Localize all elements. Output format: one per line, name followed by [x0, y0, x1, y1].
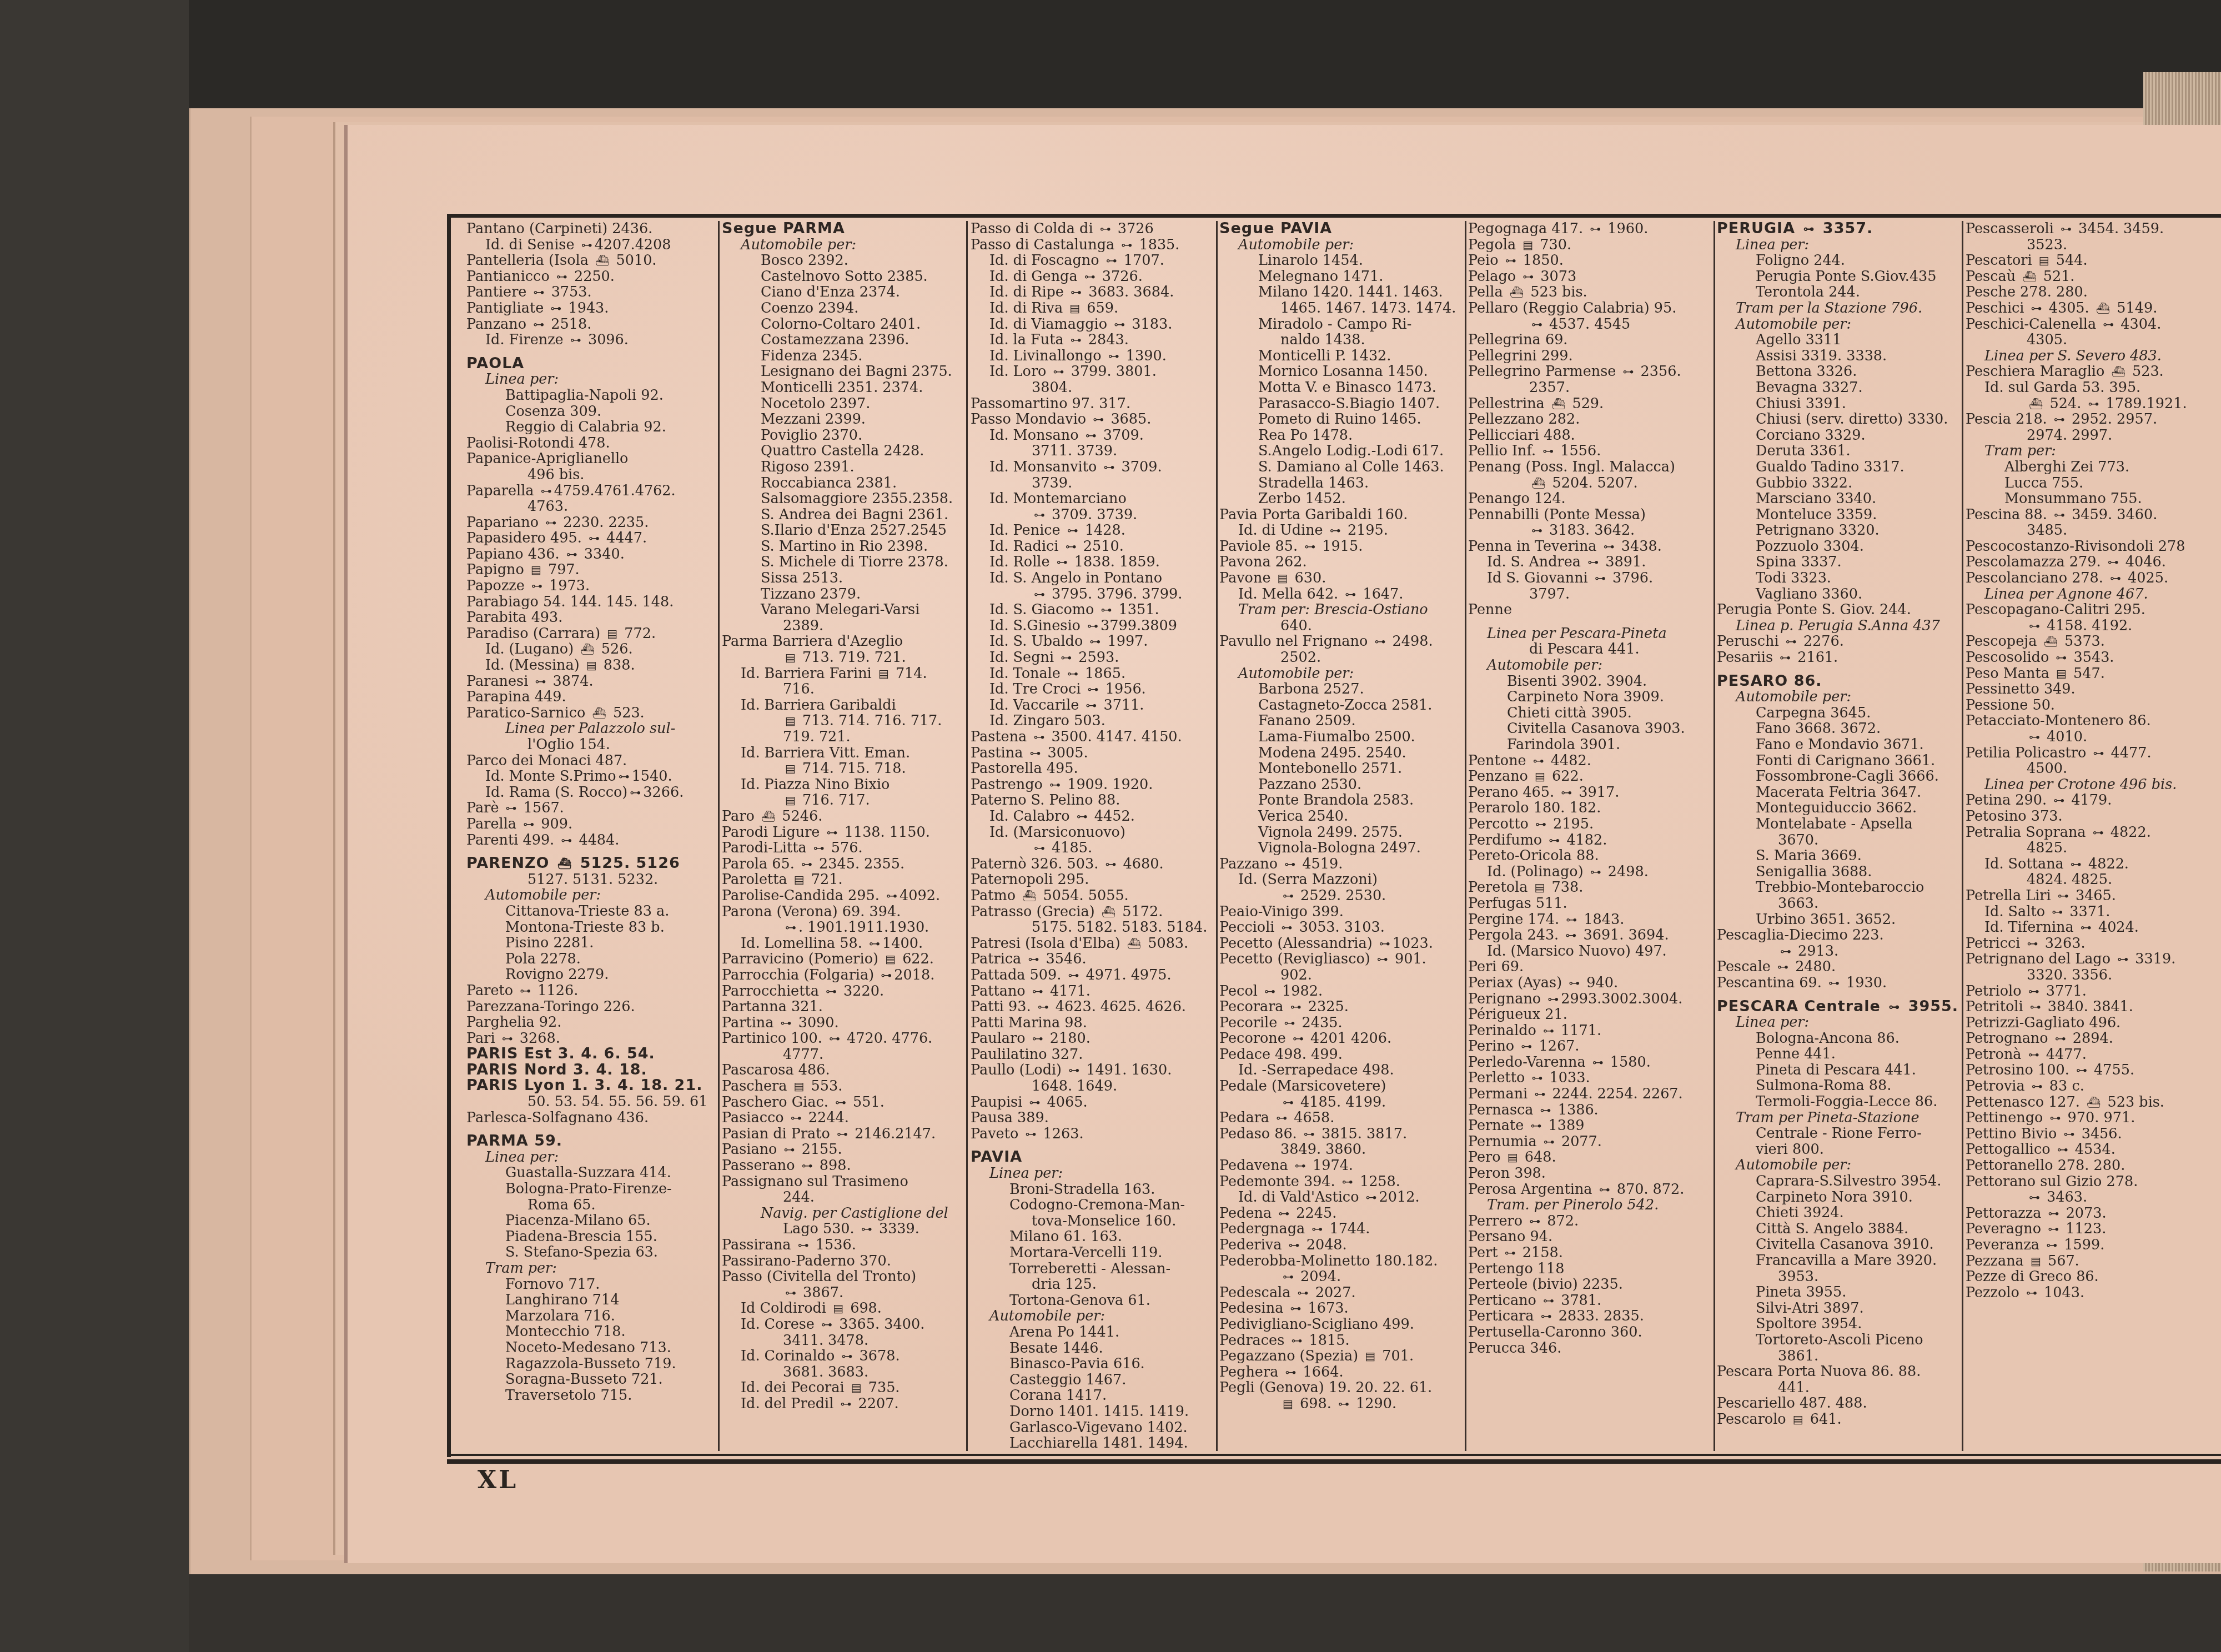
index-entry: 4777.: [722, 1047, 964, 1063]
index-entry: Colorno-Coltaro 2401.: [722, 317, 964, 333]
index-entry: Pola 2278.: [466, 951, 708, 967]
index-entry: Id. Salto ⊶ 3371.: [1966, 904, 2208, 920]
index-entry: Pedraces ⊶ 1815.: [1219, 1333, 1461, 1349]
index-entry: Corciano 3329.: [1717, 428, 1959, 444]
index-entry: Spina 3337.: [1717, 554, 1959, 570]
automobile-icon: ⊶: [791, 1110, 802, 1126]
index-entry: Piacenza-Milano 65.: [466, 1213, 708, 1229]
index-entry: Passignano sul Trasimeno: [722, 1174, 964, 1190]
index-entry: Penzano ▤ 622.: [1468, 769, 1710, 785]
index-entry: Papiano 436. ⊶ 3340.: [466, 546, 708, 563]
index-entry: Pescina 88. ⊶ 3459. 3460.: [1966, 507, 2208, 523]
index-entry: Parrocchietta ⊶ 3220.: [722, 983, 964, 1000]
index-entry: Silvi-Atri 3897.: [1717, 1300, 1959, 1317]
index-entry: Tortoreto-Ascoli Piceno: [1717, 1332, 1959, 1348]
automobile-icon: ⊶: [1077, 809, 1088, 825]
automobile-icon: ⊶: [2088, 396, 2099, 412]
index-entry: Passomartino 97. 317.: [971, 396, 1213, 412]
tram-icon: ▤: [851, 1380, 862, 1396]
automobile-icon: ⊶: [1304, 539, 1315, 555]
automobile-icon: ⊶: [1592, 1055, 1604, 1071]
transport-subheading: Linea per:: [466, 371, 708, 388]
index-entry: Patti Marina 98.: [971, 1015, 1213, 1031]
index-entry: Perdifumo ⊶ 4182.: [1468, 832, 1710, 848]
index-entry: Patti 93. ⊶ 4623. 4625. 4626.: [971, 999, 1213, 1015]
index-entry: Città S. Angelo 3884.: [1717, 1221, 1959, 1237]
index-entry: Id. Radici ⊶ 2510.: [971, 539, 1213, 555]
index-entry: Monticelli 2351. 2374.: [722, 380, 964, 396]
automobile-icon: ⊶: [561, 832, 572, 848]
index-entry: Id. S. Andrea ⊶ 3891.: [1468, 554, 1710, 570]
index-entry: Id. Vaccarile ⊶ 3711.: [971, 697, 1213, 714]
automobile-icon: ⊶: [1106, 253, 1117, 269]
automobile-icon: ⊶: [1522, 269, 1534, 285]
index-entry: Paolisi-Rotondi 478.: [466, 435, 708, 451]
automobile-icon: ⊶: [1032, 1031, 1043, 1047]
automobile-icon: ⊶: [1542, 443, 1554, 459]
index-entry: Montona-Trieste 83 b.: [466, 920, 708, 936]
index-entry: Id. Livinallongo ⊶ 1390.: [971, 348, 1213, 364]
column-divider: [1216, 221, 1218, 1451]
section-heading: PESARO 86.: [1717, 674, 1959, 690]
index-entry: Id. di Riva ▤ 659.: [971, 300, 1213, 317]
index-entry: Pettorazza ⊶ 2073.: [1966, 1206, 2208, 1222]
tram-icon: ▤: [794, 1078, 805, 1094]
index-entry: 3681. 3683.: [722, 1364, 964, 1380]
automobile-icon: ⊶: [785, 920, 796, 936]
index-entry: Partanna 321.: [722, 999, 964, 1015]
automobile-icon: ⊶: [827, 825, 838, 841]
index-entry: Parma Barriera d'Azeglio: [722, 634, 964, 650]
index-entry: Id. Sottana ⊶ 4822.: [1966, 856, 2208, 872]
transport-subheading: Linea per:: [1717, 1015, 1959, 1031]
automobile-icon: ⊶: [821, 1317, 832, 1333]
index-entry: Pavone ▤ 630.: [1219, 570, 1461, 586]
automobile-icon: ⊶: [1029, 1094, 1040, 1111]
index-entry: Pegognaga 417. ⊶ 1960.: [1468, 221, 1710, 237]
index-entry: Id. (Marsico Nuovo) 497.: [1468, 943, 1710, 960]
index-entry: Pesariis ⊶ 2161.: [1717, 650, 1959, 666]
automobile-icon: ⊶: [1071, 332, 1082, 348]
index-entry: 496 bis.: [466, 467, 708, 483]
index-entry: Lesignano dei Bagni 2375.: [722, 364, 964, 380]
index-entry: Petrizzi-Gagliato 496.: [1966, 1015, 2208, 1031]
index-entry: Pescantina 69. ⊶ 1930.: [1717, 975, 1959, 991]
index-column-6: PERUGIA ⊶ 3357.Linea per:Foligno 244.Per…: [1717, 221, 1959, 1451]
index-entry: Papariano ⊶ 2230. 2235.: [466, 515, 708, 531]
index-entry: Pescolamazza 279. ⊶ 4046.: [1966, 554, 2208, 570]
index-entry: Pezzana ▤ 567.: [1966, 1253, 2208, 1269]
automobile-icon: ⊶: [1561, 785, 1572, 801]
index-column-4: Segue PAVIAAutomobile per:Linarolo 1454.…: [1219, 221, 1461, 1451]
index-entry: Pescosolido ⊶ 3543.: [1966, 650, 2208, 666]
index-entry: Id. Calabro ⊶ 4452.: [971, 809, 1213, 825]
index-entry: Cosenza 309.: [466, 404, 708, 420]
automobile-icon: ⊶: [1590, 221, 1601, 237]
index-entry: Id. Tre Croci ⊶ 1956.: [971, 681, 1213, 697]
index-entry: Roccabianca 2381.: [722, 475, 964, 491]
index-entry: Paternopoli 295.: [971, 872, 1213, 888]
index-entry: Peron 398.: [1468, 1166, 1710, 1182]
index-entry: Paviole 85. ⊶ 1915.: [1219, 539, 1461, 555]
index-entry: Petacciato-Montenero 86.: [1966, 713, 2208, 729]
index-entry: Costamezzana 2396.: [722, 332, 964, 348]
section-heading: PESCARA Centrale ⊶ 3955.: [1717, 999, 1959, 1015]
index-entry: Pereto-Oricola 88.: [1468, 848, 1710, 864]
index-entry: ▤ 713. 714. 716. 717.: [722, 713, 964, 729]
frame-rule: [447, 1454, 2221, 1456]
index-entry: 3663.: [1717, 896, 1959, 912]
index-entry: Id. di Viamaggio ⊶ 3183.: [971, 317, 1213, 333]
index-entry: Paulilatino 327.: [971, 1047, 1213, 1063]
index-entry: Penne 441.: [1717, 1046, 1959, 1062]
boat-icon: ⛴: [1510, 284, 1524, 300]
index-entry: 2357.: [1468, 380, 1710, 396]
automobile-icon: ⊶: [2054, 411, 2065, 428]
automobile-icon: ⊶: [2029, 729, 2040, 745]
index-entry: Petrovia ⊶ 83 c.: [1966, 1078, 2208, 1094]
index-entry: Penne: [1468, 602, 1710, 618]
index-entry: Spoltore 3954.: [1717, 1316, 1959, 1332]
index-entry: Pescale ⊶ 2480.: [1717, 959, 1959, 975]
automobile-icon: ⊶: [1828, 975, 1840, 991]
index-entry: Pedergnaga ⊶ 1744.: [1219, 1221, 1461, 1237]
index-entry: Pederiva ⊶ 2048.: [1219, 1237, 1461, 1253]
transport-subheading: Automobile per:: [971, 1308, 1213, 1324]
automobile-icon: ⊶: [541, 483, 552, 499]
index-entry: Perteole (bivio) 2235.: [1468, 1277, 1710, 1293]
index-entry: Pessione 50.: [1966, 697, 2208, 714]
index-entry: Perugia Ponte S. Giov. 244.: [1717, 602, 1959, 618]
automobile-icon: ⊶: [1276, 1110, 1287, 1126]
index-entry: Pedavena ⊶ 1974.: [1219, 1158, 1461, 1174]
automobile-icon: ⊶: [570, 332, 581, 348]
automobile-icon: ⊶: [1283, 1269, 1294, 1285]
index-column-3: Passo di Colda di ⊶ 3726Passo di Castalu…: [971, 221, 1213, 1451]
automobile-icon: ⊶: [840, 1396, 851, 1412]
index-entry: Id. Barriera Vitt. Eman.: [722, 745, 964, 761]
index-entry: Francavilla a Mare 3920.: [1717, 1253, 1959, 1269]
index-entry: Id. la Futa ⊶ 2843.: [971, 332, 1213, 348]
index-entry: Trebbio-Montebaroccio: [1717, 880, 1959, 896]
index-entry: Pavona 262.: [1219, 554, 1461, 570]
index-entry: 2974. 2997.: [1966, 428, 2208, 444]
tram-icon: ▤: [531, 562, 541, 578]
tram-icon: ▤: [607, 626, 617, 642]
index-entry: Pesche 278. 280.: [1966, 284, 2208, 300]
automobile-icon: ⊶: [1067, 523, 1078, 539]
index-entry: Parabiago 54. 144. 145. 148.: [466, 594, 708, 610]
index-entry: 1465. 1467. 1473. 1474.: [1219, 300, 1461, 317]
index-entry: 3711. 3739.: [971, 443, 1213, 459]
transport-subheading: Automobile per:: [1717, 317, 1959, 333]
automobile-icon: ⊶: [581, 237, 592, 253]
automobile-icon: ⊶: [1108, 348, 1119, 364]
index-entry: Bevagna 3327.: [1717, 380, 1959, 396]
index-entry: Lucca 755.: [1966, 475, 2208, 491]
index-entry: Paradiso (Carrara) ▤ 772.: [466, 626, 708, 642]
index-entry: 3485.: [1966, 523, 2208, 539]
index-entry: Id. S. Giacomo ⊶ 1351.: [971, 602, 1213, 618]
automobile-icon: ⊶: [1290, 999, 1302, 1015]
automobile-icon: ⊶: [1549, 832, 1560, 848]
automobile-icon: ⊶: [566, 546, 577, 563]
index-entry: Mortara-Vercelli 119.: [971, 1245, 1213, 1261]
boat-icon: ⛴: [2087, 1094, 2101, 1111]
index-entry: Traversetolo 715.: [466, 1388, 708, 1404]
automobile-icon: ⊶: [1295, 1158, 1306, 1174]
tram-icon: ▤: [785, 650, 796, 666]
index-entry: Paroletta ▤ 721.: [722, 872, 964, 888]
index-entry: Assisi 3319. 3338.: [1717, 348, 1959, 364]
index-entry: Vagliano 3360.: [1717, 586, 1959, 602]
index-entry: Peschiera Maraglio ⛴ 523.: [1966, 364, 2208, 380]
index-entry: 3861.: [1717, 1348, 1959, 1364]
index-entry: Pellezzano 282.: [1468, 411, 1710, 428]
automobile-icon: ⊶: [1534, 1086, 1545, 1102]
index-entry: 3849. 3860.: [1219, 1142, 1461, 1158]
section-heading: PARIS Lyon 1. 3. 4. 18. 21.: [466, 1078, 708, 1094]
automobile-icon: ⊶: [1595, 570, 1606, 586]
index-entry: Pentone ⊶ 4482.: [1468, 753, 1710, 769]
index-entry: Pellicciari 488.: [1468, 428, 1710, 444]
automobile-icon: ⊶: [2117, 951, 2128, 967]
automobile-icon: ⊶: [1066, 539, 1077, 555]
index-entry: Pausa 389.: [971, 1110, 1213, 1126]
index-entry: Paveto ⊶ 1263.: [971, 1126, 1213, 1142]
index-entry: Pescia 218. ⊶ 2952. 2957.: [1966, 411, 2208, 428]
automobile-icon: ⊶: [1540, 1102, 1551, 1118]
index-entry: Perletto ⊶ 1033.: [1468, 1070, 1710, 1086]
automobile-icon: ⊶: [534, 284, 545, 300]
index-entry: Pedivigliano-Scigliano 499.: [1219, 1317, 1461, 1333]
index-entry: Garlasco-Vigevano 1402.: [971, 1420, 1213, 1436]
index-entry: Petritoli ⊶ 3840. 3841.: [1966, 999, 2208, 1015]
automobile-icon: ⊶: [1888, 999, 1900, 1015]
boat-icon: ⛴: [2096, 300, 2110, 317]
automobile-icon: ⊶: [1590, 864, 1601, 880]
index-entry: Pantianicco ⊶ 2250.: [466, 269, 708, 285]
index-entry: Tortona-Genova 61.: [971, 1293, 1213, 1309]
transport-subheading: Automobile per:: [1219, 237, 1461, 253]
index-entry: Penango 124.: [1468, 491, 1710, 507]
index-entry: ▤ 714. 715. 718.: [722, 761, 964, 777]
automobile-icon: ⊶: [502, 1031, 513, 1047]
automobile-icon: ⊶: [1377, 951, 1388, 967]
index-entry: 3797.: [1468, 586, 1710, 602]
tram-icon: ▤: [1365, 1348, 1375, 1364]
index-entry: Parodi Ligure ⊶ 1138. 1150.: [722, 825, 964, 841]
index-entry: Id. (Marsiconuovo): [971, 825, 1213, 841]
automobile-icon: ⊶: [1101, 602, 1112, 618]
automobile-icon: ⊶: [1278, 1206, 1289, 1222]
index-entry: Fanano 2509.: [1219, 713, 1461, 729]
index-entry: Stradella 1463.: [1219, 475, 1461, 491]
index-entry: Id. di Udine ⊶ 2195.: [1219, 523, 1461, 539]
index-entry: Parabita 493.: [466, 610, 708, 626]
boat-icon: ⛴: [2043, 634, 2057, 650]
tram-icon: ▤: [1534, 880, 1545, 896]
automobile-icon: ⊶: [1264, 983, 1275, 1000]
index-entry: Persano 94.: [1468, 1229, 1710, 1245]
automobile-icon: ⊶: [1121, 237, 1132, 253]
index-entry: Id. Tifernina ⊶ 4024.: [1966, 920, 2208, 936]
automobile-icon: ⊶: [535, 674, 546, 690]
index-entry: ⊶ 2094.: [1219, 1269, 1461, 1285]
index-entry: Pedemonte 394. ⊶ 1258.: [1219, 1174, 1461, 1190]
index-entry: S. Stefano-Spezia 63.: [466, 1244, 708, 1261]
automobile-icon: ⊶: [1087, 618, 1098, 634]
boat-icon: ⛴: [1127, 936, 1141, 952]
tram-icon: ▤: [1508, 1149, 1518, 1166]
index-entry: Milano 61. 163.: [971, 1229, 1213, 1245]
automobile-icon: ⊶: [545, 515, 556, 531]
index-entry: Parodi-Litta ⊶ 576.: [722, 840, 964, 856]
index-entry: Passo di Colda di ⊶ 3726: [971, 221, 1213, 237]
automobile-icon: ⊶: [1543, 1293, 1554, 1309]
boat-icon: ⛴: [592, 705, 606, 721]
index-entry: Pellaro (Reggio Calabria) 95.: [1468, 300, 1710, 317]
column-divider: [1962, 221, 1963, 1451]
boat-icon: ⛴: [1022, 888, 1036, 904]
index-entry: Montelabate - Apsella: [1717, 816, 1959, 832]
index-entry: Tizzano 2379.: [722, 586, 964, 602]
column-divider: [966, 221, 968, 1451]
index-entry: S.Ilario d'Enza 2527.2545: [722, 523, 964, 539]
index-entry: Sissa 2513.: [722, 570, 964, 586]
index-entry: Paternò 326. 503. ⊶ 4680.: [971, 856, 1213, 872]
index-entry: Soragna-Busseto 721.: [466, 1372, 708, 1388]
index-entry: Peschici-Calenella ⊶ 4304.: [1966, 317, 2208, 333]
index-entry: Pecetto (Alessandria) ⊶1023.: [1219, 936, 1461, 952]
tram-icon: ▤: [1069, 300, 1080, 317]
index-entry: Peccioli ⊶ 3053. 3103.: [1219, 920, 1461, 936]
index-entry: Casteggio 1467.: [971, 1372, 1213, 1388]
index-entry: Pescariello 487. 488.: [1717, 1395, 1959, 1412]
index-entry: Montecchio 718.: [466, 1324, 708, 1340]
section-heading: PAVIA: [971, 1149, 1213, 1166]
automobile-icon: ⊶: [801, 856, 812, 872]
tram-icon: ▤: [2056, 666, 2067, 682]
index-entry: Carpineto Nora 3909.: [1468, 689, 1710, 705]
automobile-icon: ⊶: [829, 1031, 840, 1047]
tram-icon: ▤: [586, 657, 597, 674]
index-entry: Pari ⊶ 3268.: [466, 1031, 708, 1047]
index-entry: Lacchiarella 1481. 1494.: [971, 1435, 1213, 1451]
automobile-icon: ⊶: [2110, 570, 2121, 586]
index-entry: Petilia Policastro ⊶ 4477.: [1966, 745, 2208, 761]
index-entry: Pedara ⊶ 4658.: [1219, 1110, 1461, 1126]
section-heading: PARMA 59.: [466, 1133, 708, 1149]
index-entry: Torreberetti - Alessan-: [971, 1261, 1213, 1277]
index-entry: Pasiano ⊶ 2155.: [722, 1142, 964, 1158]
index-entry: Id. Monsanvito ⊶ 3709.: [971, 459, 1213, 475]
index-entry: Pert ⊶ 2158.: [1468, 1245, 1710, 1261]
index-entry: Parona (Verona) 69. 394.: [722, 904, 964, 920]
index-entry: Varano Melegari-Varsi: [722, 602, 964, 618]
tram-icon: ▤: [785, 792, 796, 809]
index-entry: di Pescara 441.: [1468, 641, 1710, 657]
automobile-icon: ⊶: [1541, 1308, 1552, 1324]
automobile-icon: ⊶: [506, 800, 517, 816]
automobile-icon: ⊶: [837, 1126, 848, 1142]
index-entry: Civitella Casanova 3910.: [1717, 1237, 1959, 1253]
automobile-icon: ⊶: [1057, 554, 1068, 570]
index-entry: Bosco 2392.: [722, 253, 964, 269]
index-entry: Paularo ⊶ 2180.: [971, 1031, 1213, 1047]
index-entry: Passo (Civitella del Tronto): [722, 1269, 964, 1285]
automobile-icon: ⊶: [550, 300, 561, 317]
index-entry: Salsomaggiore 2355.2358.: [722, 491, 964, 507]
index-entry: Linarolo 1454.: [1219, 253, 1461, 269]
index-entry: Perano 465. ⊶ 3917.: [1468, 785, 1710, 801]
automobile-icon: ⊶: [619, 769, 630, 785]
automobile-icon: ⊶: [1604, 539, 1615, 555]
index-entry: Urbino 3651. 3652.: [1717, 912, 1959, 928]
boat-icon: ⛴: [2111, 364, 2125, 380]
index-entry: S. Michele di Tiorre 2378.: [722, 554, 964, 570]
index-entry: S. Martino in Rio 2398.: [722, 539, 964, 555]
automobile-icon: ⊶: [2108, 554, 2119, 570]
index-entry: Parghelia 92.: [466, 1015, 708, 1031]
index-entry: 1648. 1649.: [971, 1078, 1213, 1094]
automobile-icon: ⊶: [1089, 634, 1101, 650]
automobile-icon: ⊶: [1345, 586, 1356, 602]
automobile-icon: ⊶: [1304, 1126, 1315, 1142]
automobile-icon: ⊶: [1587, 554, 1599, 570]
index-entry: Motta V. e Binasco 1473.: [1219, 380, 1461, 396]
index-entry: Fano e Mondavio 3671.: [1717, 737, 1959, 753]
index-entry: Peretola ▤ 738.: [1468, 880, 1710, 896]
index-entry: Parapina 449.: [466, 689, 708, 705]
index-entry: Passo di Castalunga ⊶ 1835.: [971, 237, 1213, 253]
automobile-icon: ⊶: [1086, 697, 1097, 714]
transport-subheading: Linea per:: [466, 1149, 708, 1166]
index-entry: Parolise-Candida 295. ⊶4092.: [722, 888, 964, 904]
boat-icon: ⛴: [595, 253, 609, 269]
index-entry: Quattro Castella 2428.: [722, 443, 964, 459]
index-entry: Pescocostanzo-Rivisondoli 278: [1966, 539, 2208, 555]
automobile-icon: ⊶: [1034, 586, 1045, 602]
index-entry: 441.: [1717, 1380, 1959, 1396]
transport-subheading: Automobile per:: [466, 887, 708, 903]
transport-subheading: Linea per:: [1717, 237, 1959, 253]
index-entry: Corana 1417.: [971, 1388, 1213, 1404]
index-entry: Rea Po 1478.: [1219, 428, 1461, 444]
automobile-icon: ⊶: [533, 317, 544, 333]
index-entry: Paterno S. Pelino 88.: [971, 792, 1213, 809]
boat-icon: ⛴: [557, 856, 572, 872]
index-entry: Marzolara 716.: [466, 1308, 708, 1324]
index-entry: Gubbio 3322.: [1717, 475, 1959, 491]
column-divider: [718, 221, 720, 1451]
index-entry: Id. Corese ⊶ 3365. 3400.: [722, 1317, 964, 1333]
index-entry: ⊶ 3795. 3796. 3799.: [971, 586, 1213, 602]
index-entry: Pedena ⊶ 2245.: [1219, 1206, 1461, 1222]
automobile-icon: ⊶: [2064, 1126, 2075, 1142]
index-entry: Peveragno ⊶ 1123.: [1966, 1221, 2208, 1237]
boat-icon: ⛴: [580, 641, 594, 657]
index-entry: Monsummano 755.: [1966, 491, 2208, 507]
boat-icon: ⛴: [761, 809, 775, 825]
automobile-icon: ⊶: [1034, 840, 1045, 856]
index-entry: Pineta 3955.: [1717, 1284, 1959, 1300]
index-entry: Pattada 509. ⊶ 4971. 4975.: [971, 967, 1213, 983]
index-entry: Civitella Casanova 3903.: [1468, 721, 1710, 737]
index-entry: Pertengo 118: [1468, 1261, 1710, 1277]
index-entry: Gualdo Tadino 3317.: [1717, 459, 1959, 475]
tram-icon: ▤: [1283, 1396, 1293, 1412]
